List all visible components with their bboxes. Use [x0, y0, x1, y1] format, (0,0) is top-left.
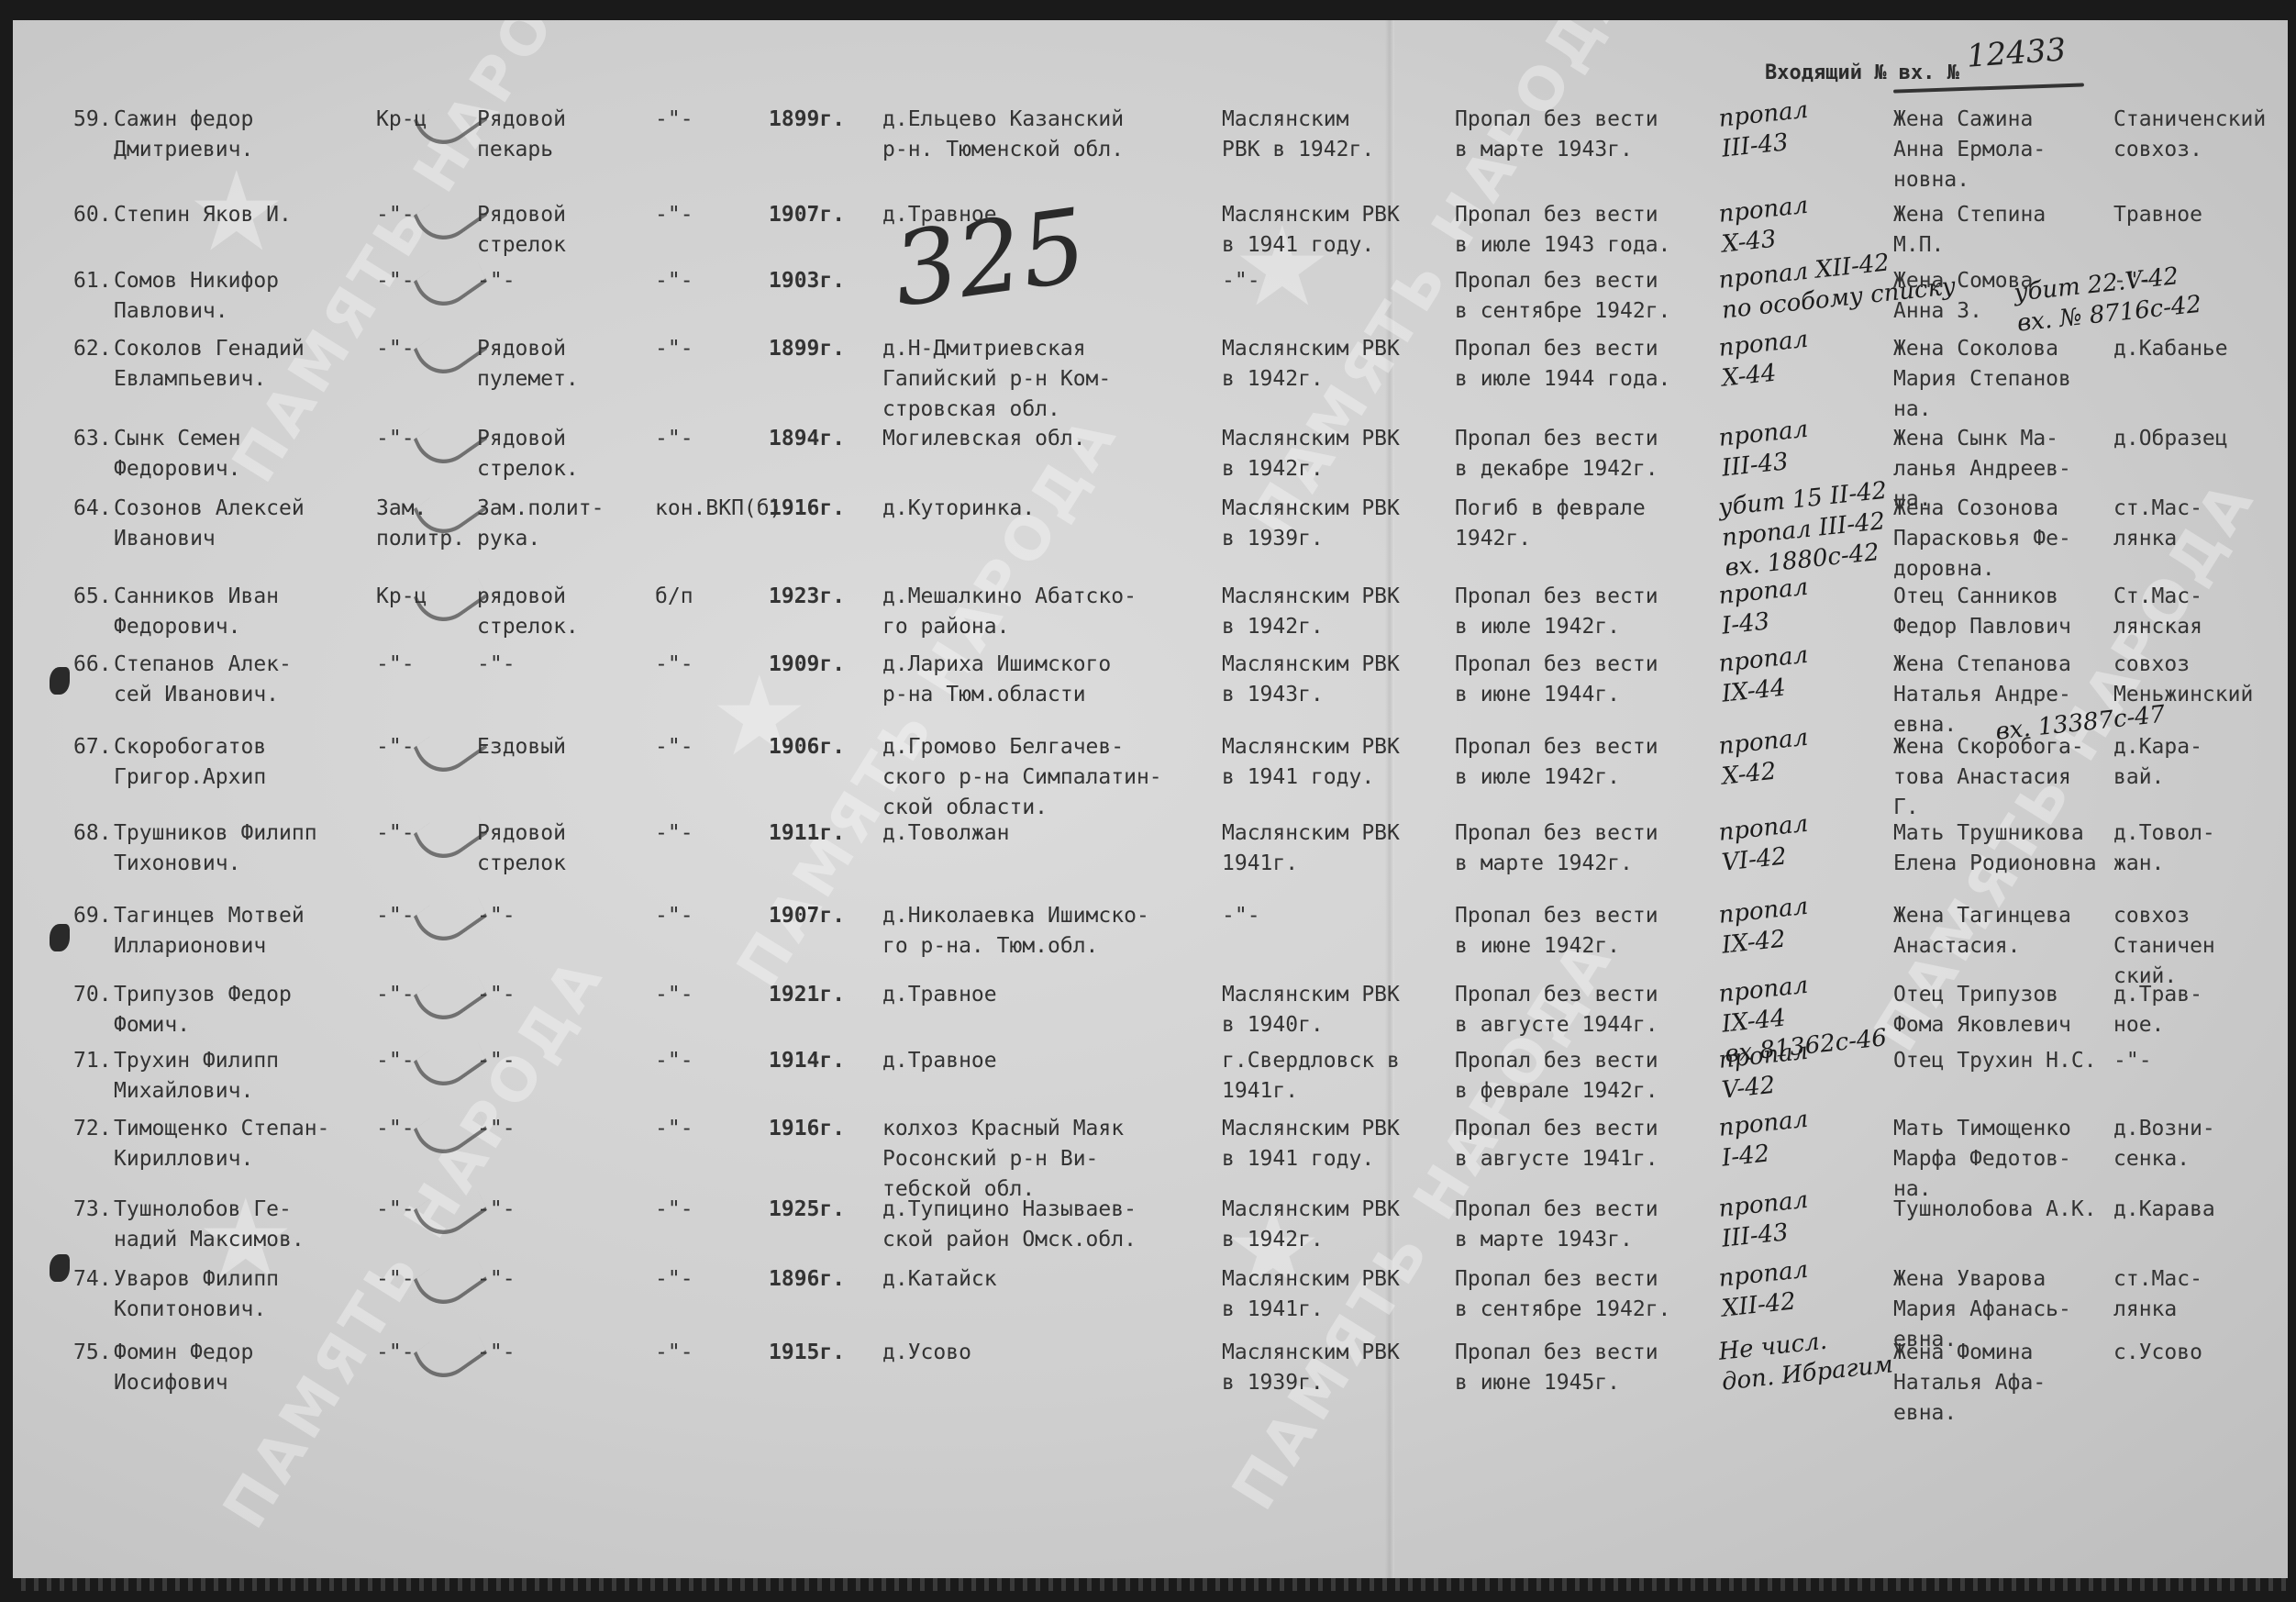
handwritten-note: пропал III-43	[1717, 1176, 1897, 1254]
birth-year: 1923г.	[769, 582, 860, 612]
birth-year: 1909г.	[769, 650, 860, 680]
position: -"-	[477, 650, 633, 680]
soldier-name: Созонов Алексей Иванович	[114, 494, 361, 554]
position: Рядовой стрелок	[477, 818, 633, 879]
drafted-by: Маслянским РВК в 1941 году.	[1222, 732, 1460, 793]
fate: Пропал без вести в марте 1943г.	[1455, 1195, 1712, 1255]
drafted-by: Маслянским РВК в 1940г.	[1222, 980, 1460, 1040]
position: -"-	[477, 266, 633, 296]
soldier-name: Тушнолобов Ге- надий Максимов.	[114, 1195, 361, 1255]
birthplace: д.Мешалкино Абатско- го района.	[882, 582, 1231, 642]
handwritten-note: пропал X-42	[1717, 714, 1897, 792]
handwritten-note: пропал VI-42	[1717, 800, 1897, 878]
fate: Пропал без вести в марте 1942г.	[1455, 818, 1712, 879]
document-sheet: ★ ПАМЯТЬ НАРОДА ★ ПАМЯТЬ НАРОДА ★ ПАМЯТЬ…	[13, 20, 2288, 1591]
fate: Пропал без вести в июле 1943 года.	[1455, 200, 1712, 261]
kin-address: Травное	[2113, 200, 2288, 230]
rank: Зам. политр.	[376, 494, 477, 554]
soldier-name: Сомов Никифор Павлович.	[114, 266, 361, 327]
party-membership: -"-	[655, 424, 747, 454]
soldier-name: Сынк Семен Федорович.	[114, 424, 361, 484]
birth-year: 1915г.	[769, 1338, 860, 1368]
drafted-by: Маслянским РВК в 1941 году.	[1222, 1114, 1460, 1174]
rank: -"-	[376, 200, 477, 230]
kin-address: д.Трав- ное.	[2113, 980, 2288, 1040]
birth-year: 1894г.	[769, 424, 860, 454]
birthplace: д.Лариха Ишимского р-на Тюм.области	[882, 650, 1231, 710]
position: Рядовой стрелок.	[477, 424, 633, 484]
handwritten-note: пропал IX-42	[1717, 883, 1897, 961]
fate: Погиб в феврале 1942г.	[1455, 494, 1712, 554]
fate: Пропал без вести в сентябре 1942г.	[1455, 266, 1712, 327]
fate: Пропал без вести в июне 1944г.	[1455, 650, 1712, 710]
next-of-kin: Жена Степина М.П.	[1893, 200, 2123, 261]
soldier-name: Трипузов Федор Фомич.	[114, 980, 361, 1040]
kin-address: Станиченский совхоз.	[2113, 105, 2288, 165]
torn-bottom-edge	[13, 1578, 2288, 1591]
birth-year: 1899г.	[769, 105, 860, 135]
rank: -"-	[376, 334, 477, 364]
kin-address: д.Карава	[2113, 1195, 2288, 1225]
party-membership: -"-	[655, 266, 747, 296]
drafted-by: Маслянским РВК в 1943г.	[1222, 650, 1460, 710]
birthplace: д.Николаевка Ишимско- го р-на. Тюм.обл.	[882, 901, 1231, 962]
rank: -"-	[376, 1195, 477, 1225]
position: Рядовой стрелок	[477, 200, 633, 261]
party-membership: -"-	[655, 650, 747, 680]
next-of-kin: Жена Соколова Мария Степанов на.	[1893, 334, 2123, 425]
kin-address: д.Кабанье	[2113, 334, 2288, 364]
birth-year: 1896г.	[769, 1264, 860, 1295]
rank: -"-	[376, 818, 477, 849]
handwritten-note: пропал X-44	[1717, 316, 1897, 394]
soldier-name: Уваров Филипп Копитонович.	[114, 1264, 361, 1325]
birth-year: 1914г.	[769, 1046, 860, 1076]
position: -"-	[477, 1114, 633, 1144]
birth-year: 1907г.	[769, 901, 860, 931]
kin-address: д.Товол- жан.	[2113, 818, 2288, 879]
position: Зам.полит- рука.	[477, 494, 633, 554]
position: -"-	[477, 1046, 633, 1076]
handwritten-note: пропал XII-42	[1717, 1246, 1897, 1324]
birthplace: д.Травное	[882, 200, 1231, 230]
handwritten-note: пропал IX-44	[1717, 631, 1897, 709]
fate: Пропал без вести в июле 1944 года.	[1455, 334, 1712, 395]
party-membership: -"-	[655, 980, 747, 1010]
rank: -"-	[376, 650, 477, 680]
next-of-kin: Мать Трушникова Елена Родионовна	[1893, 818, 2123, 879]
party-membership: -"-	[655, 901, 747, 931]
birthplace: д.Н-Дмитриевская Гапийский р-н Ком- стро…	[882, 334, 1231, 425]
handwritten-note: пропал X-43	[1717, 182, 1897, 260]
birthplace: Могилевская обл.	[882, 424, 1231, 454]
next-of-kin: Жена Сажина Анна Ермола- новна.	[1893, 105, 2123, 195]
birth-year: 1916г.	[769, 1114, 860, 1144]
next-of-kin: Отец Трипузов Фома Яковлевич	[1893, 980, 2123, 1040]
next-of-kin: Жена Тагинцева Анастасия.	[1893, 901, 2123, 962]
position: Рядовой пулемет.	[477, 334, 633, 395]
rank: -"-	[376, 1338, 477, 1368]
party-membership: -"-	[655, 1114, 747, 1144]
soldier-name: Сажин федор Дмитриевич.	[114, 105, 361, 165]
position: -"-	[477, 980, 633, 1010]
soldier-name: Трушников Филипп Тихонович.	[114, 818, 361, 879]
drafted-by: Маслянским РВК в 1942г.	[1222, 105, 1460, 165]
next-of-kin: Мать Тимощенко Марфа Федотов- на.	[1893, 1114, 2123, 1205]
next-of-kin: Отец Трухин Н.С.	[1893, 1046, 2123, 1076]
party-membership: кон.ВКП(б)	[655, 494, 747, 524]
drafted-by: Маслянским РВК в 1942г.	[1222, 582, 1460, 642]
position: -"-	[477, 1338, 633, 1368]
stamp-underline	[1893, 83, 2084, 93]
birthplace: д.Катайск	[882, 1264, 1231, 1295]
kin-address: Ст.Мас- лянская	[2113, 582, 2288, 642]
handwritten-note: пропал III-43	[1717, 406, 1897, 484]
party-membership: -"-	[655, 732, 747, 762]
handwritten-note: пропал XII-42 по особому списку	[1717, 248, 1897, 326]
next-of-kin: Отец Санников Федор Павлович	[1893, 582, 2123, 642]
drafted-by: Маслянским РВК в 1939г.	[1222, 1338, 1460, 1398]
kin-address: ст.Мас- лянка	[2113, 494, 2288, 554]
kin-address: совхоз Меньжинский	[2113, 650, 2288, 710]
handwritten-note: Не числ. доп. Ибрагим	[1717, 1319, 1897, 1397]
rank: -"-	[376, 980, 477, 1010]
fate: Пропал без вести в сентябре 1942г.	[1455, 1264, 1712, 1325]
birthplace: д.Усово	[882, 1338, 1231, 1368]
party-membership: -"-	[655, 1338, 747, 1368]
rank: -"-	[376, 424, 477, 454]
drafted-by: Маслянским РВК в 1941 году.	[1222, 200, 1460, 261]
birthplace: колхоз Красный Маяк Росонский р-н Ви- те…	[882, 1114, 1231, 1205]
birthplace: д.Ельцево Казанский р-н. Тюменской обл.	[882, 105, 1231, 165]
birthplace: д.Куторинка.	[882, 494, 1231, 524]
paper-tear	[50, 667, 70, 695]
handwritten-note: пропал III-43	[1717, 86, 1897, 164]
soldier-name: Фомин Федор Иосифович	[114, 1338, 361, 1398]
drafted-by: г.Свердловск в 1941г.	[1222, 1046, 1460, 1107]
next-of-kin: Жена Созонова Парасковья Фе- доровна.	[1893, 494, 2123, 584]
party-membership: -"-	[655, 334, 747, 364]
birthplace: д.Громово Белгачев- ского р-на Симпалати…	[882, 732, 1231, 823]
drafted-by: -"-	[1222, 901, 1460, 931]
drafted-by: -"-	[1222, 266, 1460, 296]
birthplace: д.Травное	[882, 1046, 1231, 1076]
birth-year: 1907г.	[769, 200, 860, 230]
position: Рядовой пекарь	[477, 105, 633, 165]
position: -"-	[477, 1195, 633, 1225]
soldier-name: Санников Иван Федорович.	[114, 582, 361, 642]
drafted-by: Маслянским РВК в 1942г.	[1222, 334, 1460, 395]
kin-address: д.Возни- сенка.	[2113, 1114, 2288, 1174]
party-membership: -"-	[655, 1264, 747, 1295]
soldier-name: Скоробогатов Григор.Архип	[114, 732, 361, 793]
position: Ездовый	[477, 732, 633, 762]
drafted-by: Маслянским РВК в 1942г.	[1222, 424, 1460, 484]
position: -"-	[477, 1264, 633, 1295]
drafted-by: Маслянским РВК в 1942г.	[1222, 1195, 1460, 1255]
paper-tear	[50, 924, 70, 951]
next-of-kin: Жена Фомина Наталья Афа- евна.	[1893, 1338, 2123, 1429]
soldier-name: Степин Яков И.	[114, 200, 361, 230]
drafted-by: Маслянским РВК в 1939г.	[1222, 494, 1460, 554]
drafted-by: Маслянским РВК в 1941г.	[1222, 1264, 1460, 1325]
position: рядовой стрелок.	[477, 582, 633, 642]
party-membership: -"-	[655, 200, 747, 230]
birth-year: 1925г.	[769, 1195, 860, 1225]
birth-year: 1903г.	[769, 266, 860, 296]
handwritten-note: пропал I-42	[1717, 1096, 1897, 1174]
fate: Пропал без вести в марте 1943г.	[1455, 105, 1712, 165]
fate: Пропал без вести в июне 1942г.	[1455, 901, 1712, 962]
soldier-name: Соколов Генадий Евлампьевич.	[114, 334, 361, 395]
fate: Пропал без вести в июле 1942г.	[1455, 582, 1712, 642]
rank: -"-	[376, 901, 477, 931]
party-membership: б/п	[655, 582, 747, 612]
rank: -"-	[376, 1114, 477, 1144]
birthplace: д.Товолжан	[882, 818, 1231, 849]
rank: -"-	[376, 732, 477, 762]
kin-address: д.Образец	[2113, 424, 2288, 454]
kin-address: с.Усово	[2113, 1338, 2288, 1368]
birth-year: 1911г.	[769, 818, 860, 849]
birth-year: 1916г.	[769, 494, 860, 524]
party-membership: -"-	[655, 1046, 747, 1076]
soldier-name: Трухин Филипп Михайлович.	[114, 1046, 361, 1107]
rank: -"-	[376, 1264, 477, 1295]
party-membership: -"-	[655, 818, 747, 849]
incoming-stamp: Входящий № вх. № 12433	[1765, 48, 2066, 84]
stamp-label: Входящий № вх. №	[1765, 61, 1959, 84]
birth-year: 1899г.	[769, 334, 860, 364]
fate: Пропал без вести в феврале 1942г.	[1455, 1046, 1712, 1107]
next-of-kin: Жена Скоробога- това Анастасия Г.	[1893, 732, 2123, 823]
next-of-kin: Тушнолобова А.К.	[1893, 1195, 2123, 1225]
rank: -"-	[376, 266, 477, 296]
kin-address: ст.Мас- лянка	[2113, 1264, 2288, 1325]
birthplace: д.Травное	[882, 980, 1231, 1010]
kin-address: д.Кара- вай.	[2113, 732, 2288, 793]
fate: Пропал без вести в декабре 1942г.	[1455, 424, 1712, 484]
rank: Кр-ц	[376, 582, 477, 612]
fate: Пропал без вести в июле 1942г.	[1455, 732, 1712, 793]
birth-year: 1906г.	[769, 732, 860, 762]
party-membership: -"-	[655, 105, 747, 135]
stamp-number: 12433	[1966, 31, 2068, 74]
party-membership: -"-	[655, 1195, 747, 1225]
drafted-by: Маслянским РВК 1941г.	[1222, 818, 1460, 879]
birth-year: 1921г.	[769, 980, 860, 1010]
paper-tear	[50, 1254, 70, 1282]
soldier-name: Тагинцев Мотвей Илларионович	[114, 901, 361, 962]
fate: Пропал без вести в июне 1945г.	[1455, 1338, 1712, 1398]
position: -"-	[477, 901, 633, 931]
birthplace: д.Тупицино Называев- ской район Омск.обл…	[882, 1195, 1231, 1255]
soldier-name: Степанов Алек- сей Иванович.	[114, 650, 361, 710]
rank: Кр-ц	[376, 105, 477, 135]
fate: Пропал без вести в августе 1944г.	[1455, 980, 1712, 1040]
fate: Пропал без вести в августе 1941г.	[1455, 1114, 1712, 1174]
kin-address: -"-	[2113, 1046, 2288, 1076]
kin-address: совхоз Станичен ский.	[2113, 901, 2288, 992]
rank: -"-	[376, 1046, 477, 1076]
soldier-name: Тимощенко Степан- Кириллович.	[114, 1114, 361, 1174]
